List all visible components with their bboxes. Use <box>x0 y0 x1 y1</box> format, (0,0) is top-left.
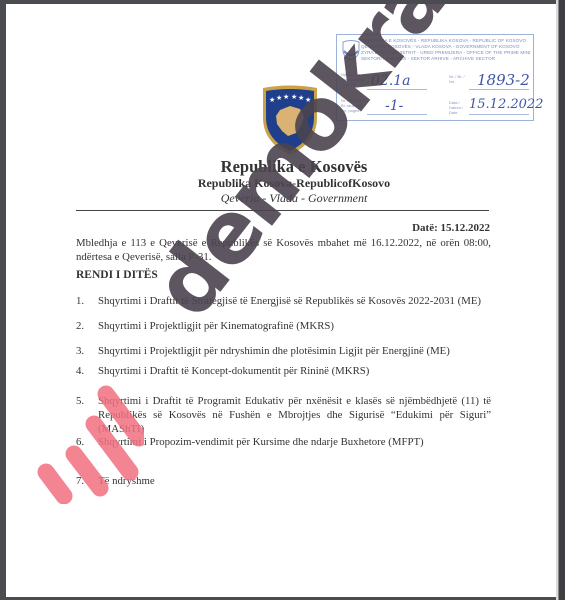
stamp-header: REPUBLIKA E KOSOVËS - REPUBLIKA KOSOVA -… <box>361 38 531 62</box>
header-title: Republika e Kosovës <box>6 157 556 177</box>
agenda-title: RENDI I DITËS <box>76 269 158 281</box>
stamp-unit-value: 02.1a <box>371 73 411 89</box>
agenda-item: 5. Shqyrtimi i Draftit të Programit Eduk… <box>76 394 491 422</box>
agenda-item-number: 2. <box>76 319 84 333</box>
stamp-emblem-icon <box>341 39 361 61</box>
svg-text:★: ★ <box>283 93 289 101</box>
agenda-item-text: Shqyrtimi i Propozim-vendimit për Kursim… <box>98 435 491 449</box>
agenda-item-text: Shqyrtimi i Draftit të Koncept-dokumenti… <box>98 364 491 378</box>
stamp-header-line: SEKTORI I ARKIVËS - SEKTOR ARHIVE - ARCH… <box>361 56 531 62</box>
agenda-item-text: Të ndryshme <box>98 474 491 488</box>
stamp-line <box>469 89 529 90</box>
header-divider <box>76 210 489 211</box>
agenda-item-number: 4. <box>76 364 84 378</box>
stamp-pages-value: -1- <box>385 98 403 114</box>
kosovo-coat-of-arms-icon: ★★★ ★★★ <box>260 84 320 156</box>
svg-text:★: ★ <box>291 93 297 101</box>
stamp-line <box>469 114 529 115</box>
agenda-item-text: Shqyrtimi i Draftit të Programit Edukati… <box>98 394 491 436</box>
stamp-label-date: Data / Datum / Date <box>449 100 469 115</box>
svg-text:★: ★ <box>269 96 275 104</box>
header-subtitle: Republika Kosova-RepublicofKosovo <box>6 176 556 191</box>
agenda-item-number: 3. <box>76 344 84 358</box>
agenda-item-number: 7. <box>76 474 84 488</box>
document-date: Datë: 15.12.2022 <box>412 222 490 234</box>
header-government: Qeveria - Vlada - Government <box>6 191 556 206</box>
agenda-item-text: Shqyrtimi i Projektligjit për Kinematogr… <box>98 319 491 333</box>
stamp-number-value: 1893-2 <box>477 71 530 89</box>
agenda-item-text: Shqyrtimi i Projektligjit për ndryshimin… <box>98 344 491 358</box>
svg-text:★: ★ <box>305 96 311 104</box>
stamp-label-number: Nr. / Br. / No. <box>449 74 469 84</box>
archive-stamp: REPUBLIKA E KOSOVËS - REPUBLIKA KOSOVA -… <box>336 34 534 121</box>
stamp-label-pages: Nr. i faqeve / Br. stranica / No. pages <box>341 98 367 113</box>
agenda-item-number: 6. <box>76 435 84 449</box>
agenda-item: 3. Shqyrtimi i Projektligjit për ndryshi… <box>76 344 491 358</box>
document-page: REPUBLIKA E KOSOVËS - REPUBLIKA KOSOVA -… <box>6 4 556 597</box>
agenda-item-number: 5. <box>76 394 84 408</box>
viewer-border <box>556 0 565 600</box>
stamp-label-unit: Njësia Org. / Org.Jedinica / Org.Unit <box>341 72 367 87</box>
agenda-item: 1. Shqyrtimi i Draftit të Strategjisë të… <box>76 294 491 308</box>
stamp-line <box>367 89 427 90</box>
agenda-item: 6. Shqyrtimi i Propozim-vendimit për Kur… <box>76 435 491 449</box>
stamp-line <box>367 114 427 115</box>
agenda-item-text: Shqyrtimi i Draftit të Strategjisë të En… <box>98 294 491 308</box>
meeting-intro: Mbledhja e 113 e Qeverisë e Republikës s… <box>76 236 491 264</box>
agenda-item: 2. Shqyrtimi i Projektligjit për Kinemat… <box>76 319 491 333</box>
svg-text:★: ★ <box>298 94 304 102</box>
svg-text:★: ★ <box>276 94 282 102</box>
agenda-item-number: 1. <box>76 294 84 308</box>
stamp-date-value: 15.12.2022 <box>469 97 543 112</box>
agenda-item: 7. Të ndryshme <box>76 474 491 488</box>
agenda-item: 4. Shqyrtimi i Draftit të Koncept-dokume… <box>76 364 491 378</box>
